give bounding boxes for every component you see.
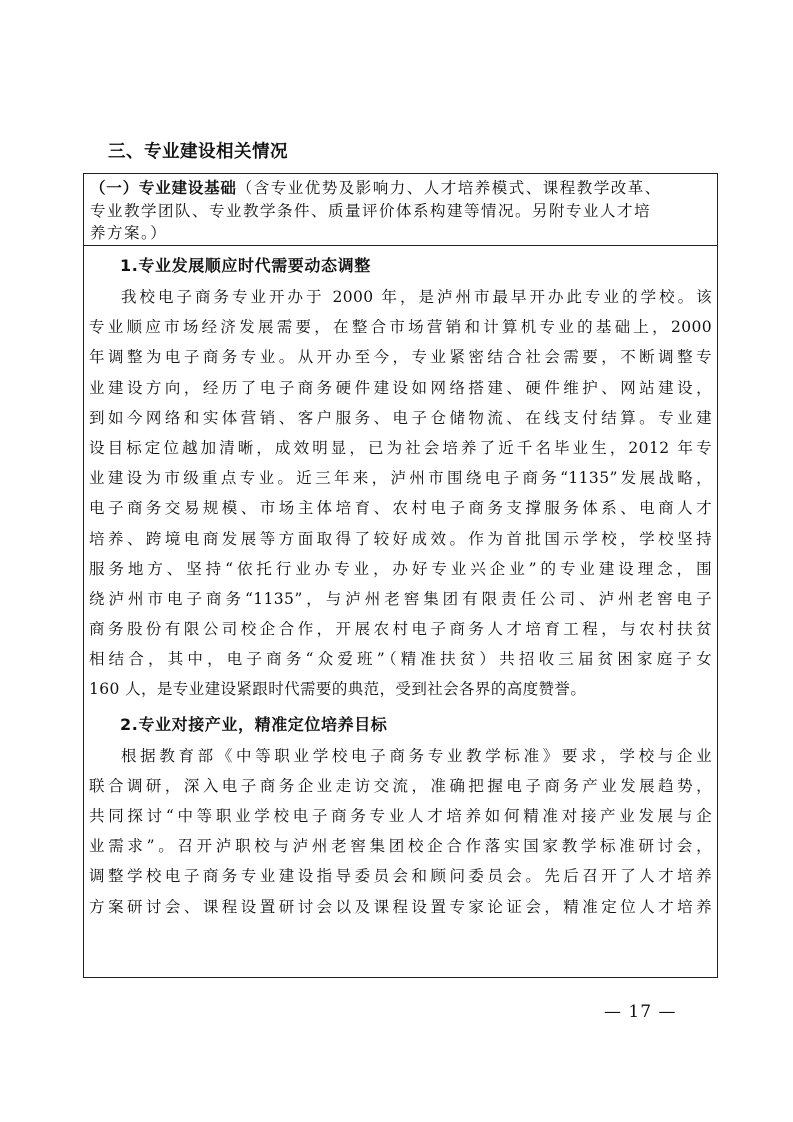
paragraph-line: 商务股份有限公司校企合作，开展农村电子商务人才培育工程，与农村扶贫 — [89, 614, 712, 644]
paragraph-line: 服务地方、坚持“依托行业办专业，办好专业兴企业”的专业建设理念，围 — [89, 554, 712, 584]
paragraph-line: 我校电子商务专业开办于 2000 年，是泸州市最早开办此专业的学校。该 — [89, 282, 712, 312]
paragraph-line: 相结合，其中，电子商务“众爱班”（精准扶贫）共招收三届贫困家庭子女 — [89, 644, 712, 674]
section-title: 三、专业建设相关情况 — [108, 140, 288, 164]
paragraph-line: 培养、跨境电商发展等方面取得了较好成效。作为首批国示学校，学校坚持 — [89, 524, 712, 554]
subsection-heading: 2.专业对接产业，精准定位培养目标 — [89, 709, 712, 741]
table-body-cell: 1.专业发展顺应时代需要动态调整 我校电子商务专业开办于 2000 年，是泸州市… — [84, 246, 717, 922]
paragraph-line: 方案研讨会、课程设置研讨会以及课程设置专家论证会，精准定位人才培养 — [89, 892, 712, 922]
paragraph-line: 共同探讨“中等职业学校电子商务专业人才培养如何精准对接产业发展与企 — [89, 801, 712, 831]
header-bold-label: （一）专业建设基础 — [90, 179, 237, 197]
page-number: — 17 — — [604, 1002, 676, 1022]
paragraph-line: 根据教育部《中等职业学校电子商务专业教学标准》要求，学校与企业 — [89, 741, 712, 771]
paragraph-line: 电子商务交易规模、市场主体培育、农村电子商务支撑服务体系、电商人才 — [89, 493, 712, 523]
header-note: （含专业优势及影响力、人才培养模式、课程教学改革、 — [237, 179, 662, 197]
paragraph-line: 160 人，是专业建设紧跟时代需要的典范，受到社会各界的高度赞誉。 — [89, 674, 712, 704]
paragraph-line: 业建设为市级重点专业。近三年来，泸州市围绕电子商务“1135”发展战略， — [89, 463, 712, 493]
content-table: （一）专业建设基础（含专业优势及影响力、人才培养模式、课程教学改革、 专业教学团… — [83, 173, 718, 978]
paragraph-line: 绕泸州市电子商务“1135”，与泸州老窖集团有限责任公司、泸州老窖电子 — [89, 584, 712, 614]
header-line: （一）专业建设基础（含专业优势及影响力、人才培养模式、课程教学改革、 — [90, 177, 711, 200]
subsection-heading: 1.专业发展顺应时代需要动态调整 — [89, 250, 712, 282]
table-header-cell: （一）专业建设基础（含专业优势及影响力、人才培养模式、课程教学改革、 专业教学团… — [84, 174, 717, 246]
paragraph-line: 联合调研，深入电子商务企业走访交流，准确把握电子商务产业发展趋势， — [89, 771, 712, 801]
paragraph-line: 专业顺应市场经济发展需要，在整合市场营销和计算机专业的基础上，2000 — [89, 312, 712, 342]
paragraph-line: 年调整为电子商务专业。从开办至今，专业紧密结合社会需要，不断调整专 — [89, 342, 712, 372]
header-line: 养方案。） — [90, 222, 711, 245]
header-line: 专业教学团队、专业教学条件、质量评价体系构建等情况。另附专业人才培 — [90, 200, 711, 223]
paragraph-line: 业建设方向，经历了电子商务硬件建设如网络搭建、硬件维护、网站建设， — [89, 373, 712, 403]
paragraph-line: 业需求”。召开泸职校与泸州老窖集团校企合作落实国家教学标准研讨会， — [89, 831, 712, 861]
paragraph-line: 设目标定位越加清晰，成效明显，已为社会培养了近千名毕业生，2012 年专 — [89, 433, 712, 463]
paragraph-line: 到如今网络和实体营销、客户服务、电子仓储物流、在线支付结算。专业建 — [89, 403, 712, 433]
paragraph-line: 调整学校电子商务专业建设指导委员会和顾问委员会。先后召开了人才培养 — [89, 861, 712, 891]
